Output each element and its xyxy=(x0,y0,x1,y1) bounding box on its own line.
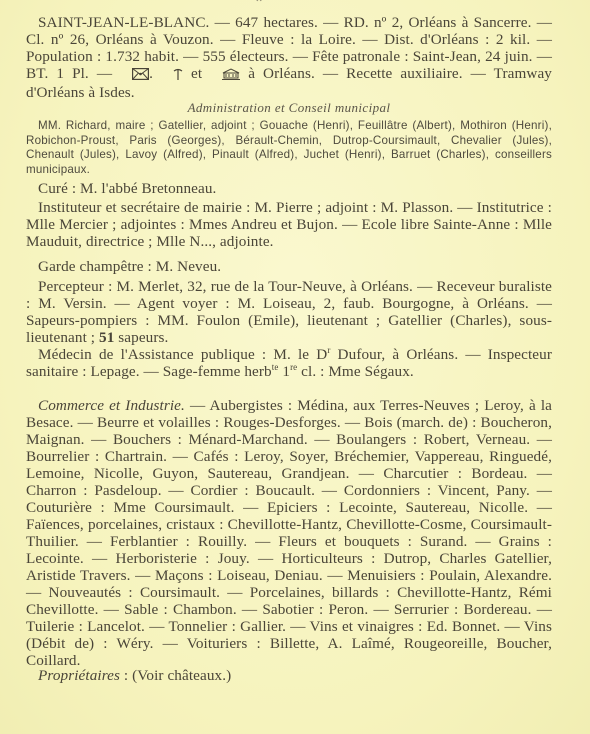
services-section: Percepteur : M. Merlet, 32, rue de la To… xyxy=(26,278,552,346)
garde-section: Garde champêtre : M. Neveu. xyxy=(26,258,552,275)
medical-text-1: Médecin de l'Assistance publique : M. le… xyxy=(38,346,327,363)
intro-text-2: . xyxy=(149,65,161,82)
post-office-icon xyxy=(120,67,149,84)
medical-text-3: 1 xyxy=(278,363,290,380)
medical-section: Médecin de l'Assistance publique : M. le… xyxy=(26,346,552,380)
telegraph-icon xyxy=(161,67,183,84)
commune-intro: SAINT-JEAN-LE-BLANC. — 647 hectares. — R… xyxy=(26,14,552,101)
proprietaires-label: Propriétaires xyxy=(38,667,120,684)
council-section: MM. Richard, maire ; Gatellier, adjoint … xyxy=(26,119,552,177)
sapeurs-count: 51 xyxy=(99,329,114,346)
commerce-label: Commerce et Industrie. xyxy=(38,397,185,414)
services-text-2: sapeurs. xyxy=(114,329,168,346)
council-members: MM. Richard, maire ; Gatellier, adjoint … xyxy=(26,119,552,177)
intro-text-3: et xyxy=(183,65,210,82)
medical-text-4: cl. : Mme Ségaux. xyxy=(297,363,414,380)
commune-name: SAINT-JEAN-LE-BLANC. xyxy=(38,14,209,31)
school-section: Instituteur et secrétaire de mairie : M.… xyxy=(26,199,552,250)
proprietaires-text: : (Voir châteaux.) xyxy=(120,667,231,684)
garde-text: Garde champêtre : M. Neveu. xyxy=(26,258,552,275)
proprietaires-section: Propriétaires : (Voir châteaux.) xyxy=(26,667,552,684)
council-heading: Administration et Conseil municipal xyxy=(26,100,552,116)
top-ornament: ⌃ xyxy=(254,0,264,11)
commerce-text: — Aubergistes : Médina, aux Terres-Neuve… xyxy=(26,397,552,669)
school-text: Instituteur et secrétaire de mairie : M.… xyxy=(26,199,552,250)
cure-section: Curé : M. l'abbé Bretonneau. xyxy=(26,180,552,197)
commerce-section: Commerce et Industrie. — Aubergistes : M… xyxy=(26,397,552,669)
railway-station-icon xyxy=(210,67,240,84)
cure-text: Curé : M. l'abbé Bretonneau. xyxy=(26,180,552,197)
